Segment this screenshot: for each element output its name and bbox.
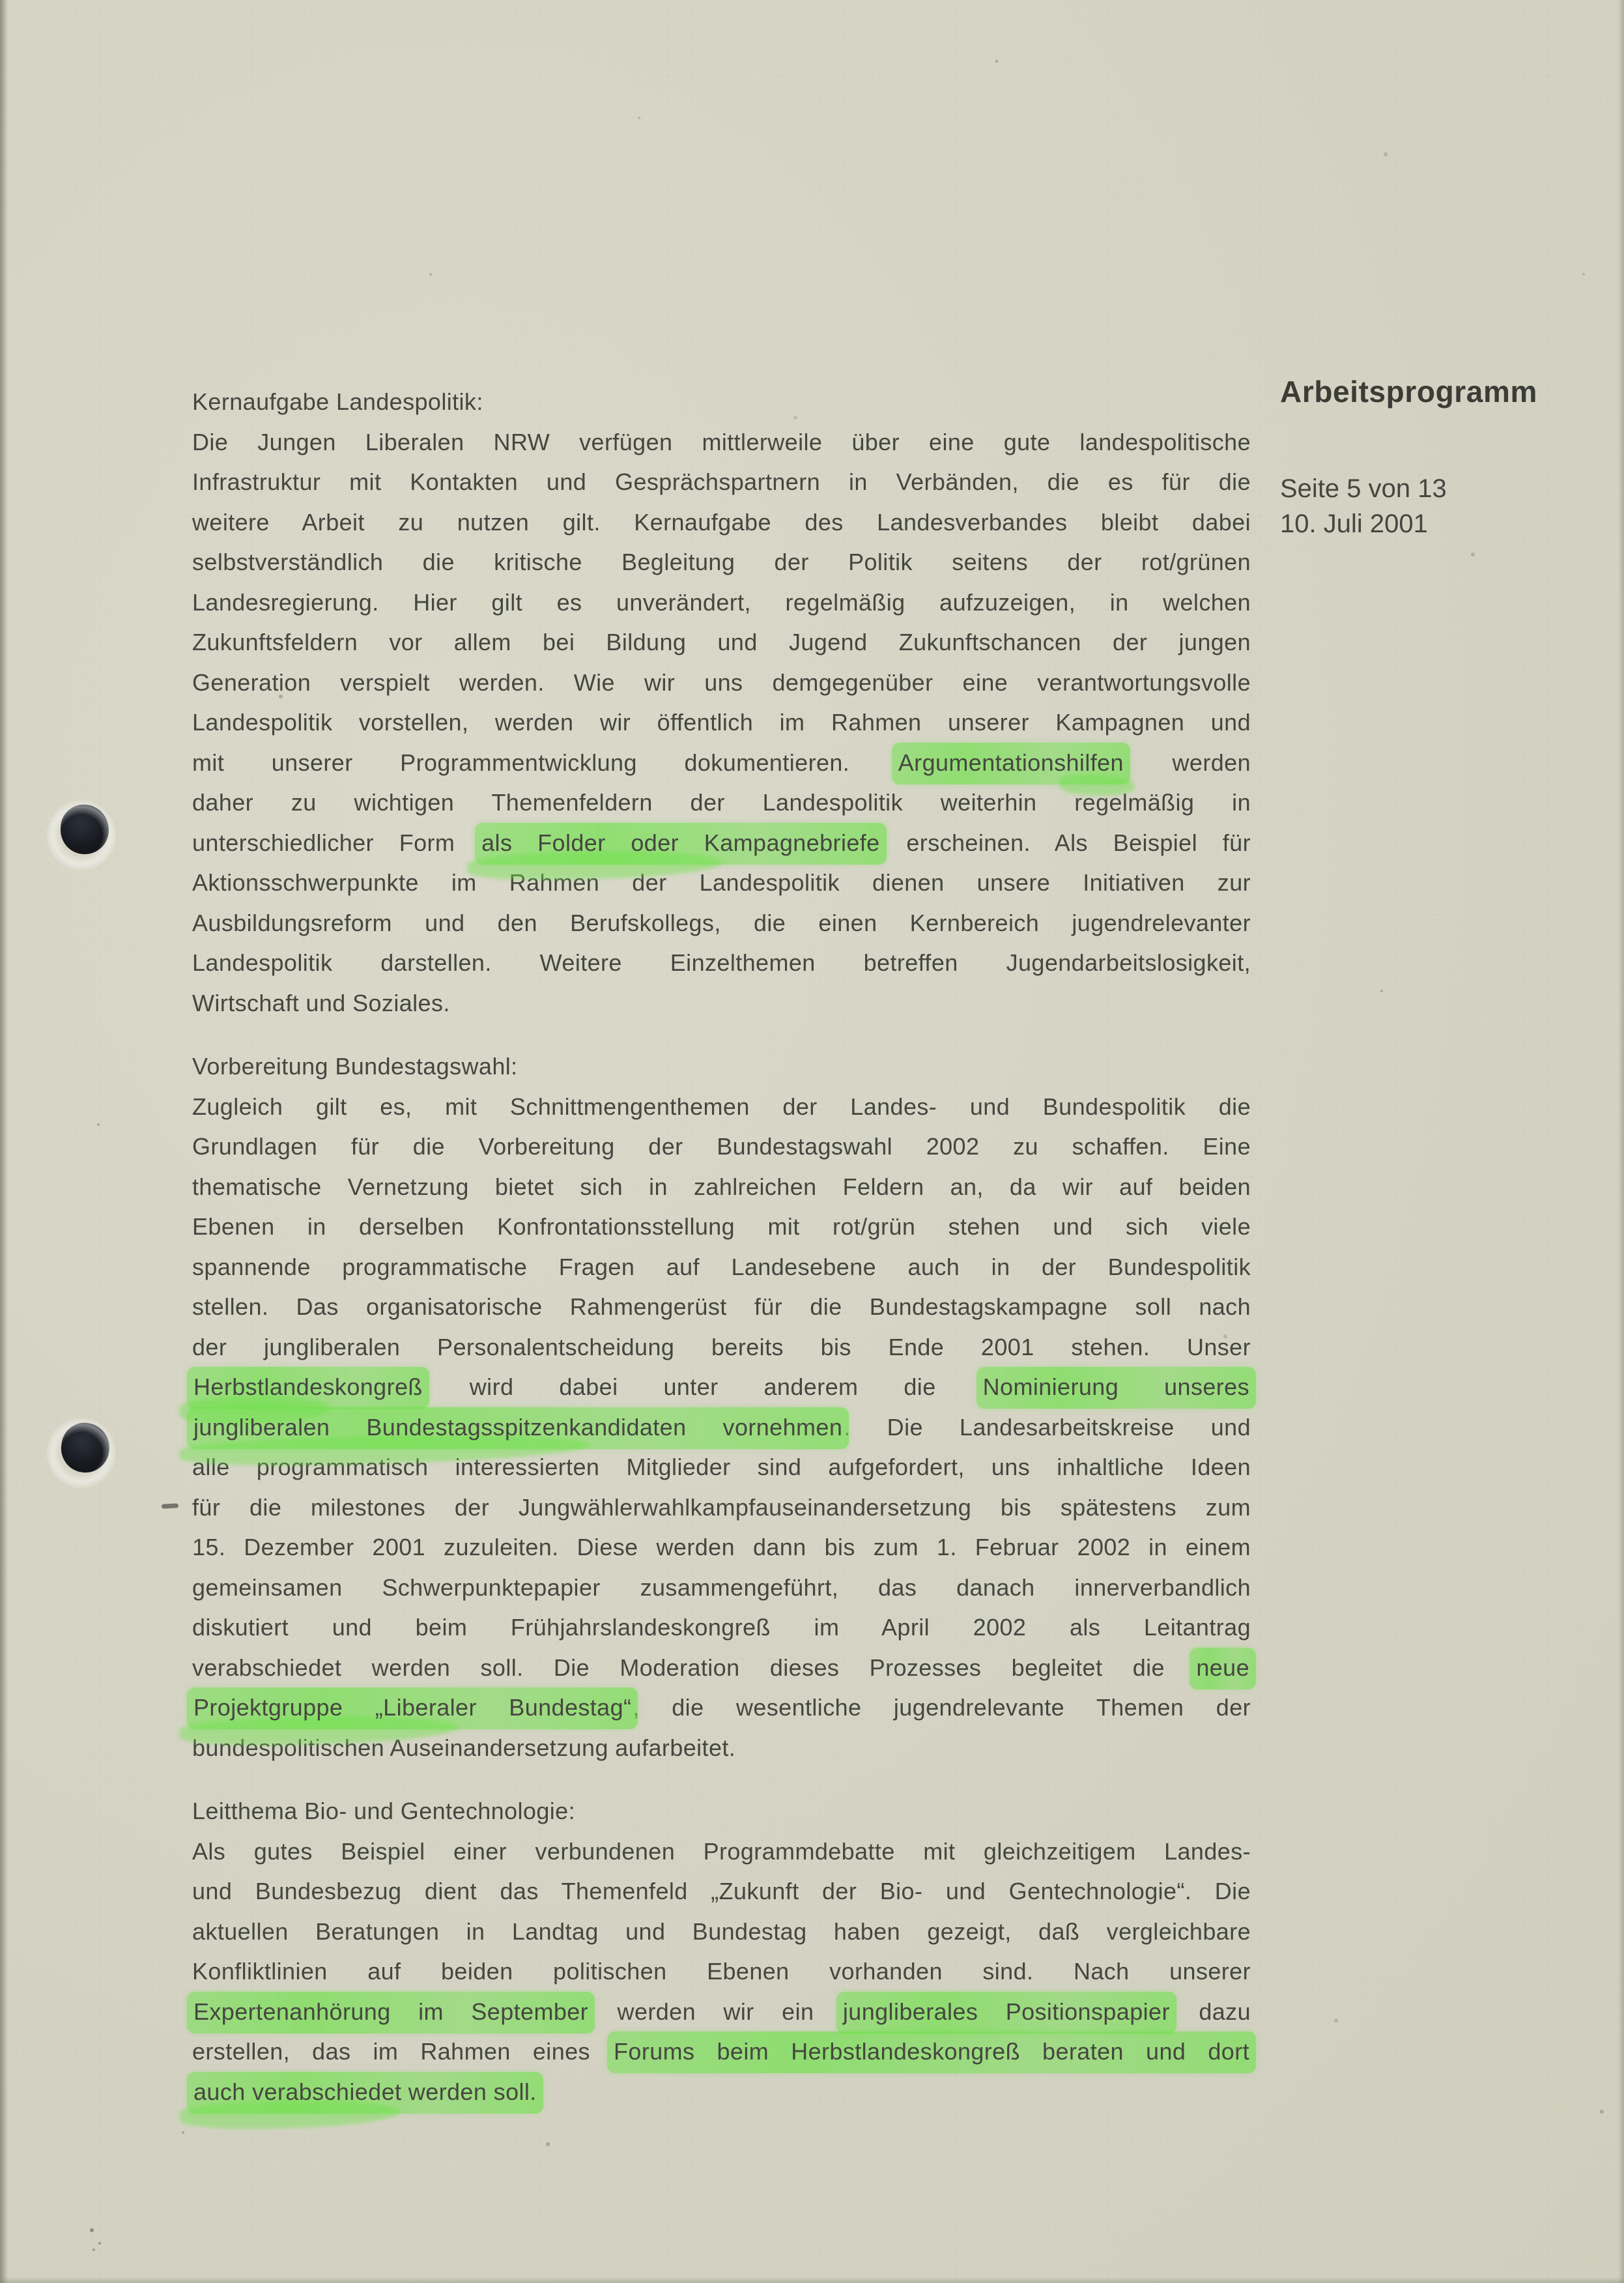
text-line: selbstverständlich die kritische Begleit… [192,542,1251,582]
highlighted-text: als Folder oder Kampagnebriefe [475,823,886,865]
hole-punch-bottom [58,1420,113,1476]
text-segment: erscheinen. Als Beispiel für [881,829,1251,856]
section: Vorbereitung Bundestagswahl:Zugleich gil… [192,1046,1251,1768]
text-line: stellen. Das organisatorische Rahmengerü… [192,1287,1251,1327]
highlighted-text: neue [1190,1648,1256,1689]
text-segment: Als gutes Beispiel einer verbundenen Pro… [192,1838,1251,1865]
text-line: diskutiert und beim Frühjahrslandeskongr… [192,1607,1251,1648]
text-line: für die milestones der Jungwählerwahlkam… [192,1487,1251,1528]
text-line: verabschiedet werden soll. Die Moderatio… [192,1648,1251,1688]
text-line: aktuellen Beratungen in Landtag und Bund… [192,1912,1251,1952]
text-segment: , die wesentliche jugendrelevante Themen… [633,1694,1251,1721]
text-segment: erstellen, das im Rahmen eines [192,2038,612,2065]
text-line: mit unserer Programmentwicklung dokument… [192,743,1251,783]
text-segment: verabschiedet werden soll. Die Moderatio… [192,1654,1195,1681]
section-heading: Kernaufgabe Landespolitik: [192,382,1251,422]
section: Leitthema Bio- und Gentechnologie:Als gu… [192,1791,1251,2112]
highlighted-text: Nominierung unseres [976,1367,1256,1409]
text-line: Konfliktlinien auf beiden politischen Eb… [192,1951,1251,1992]
text-line: thematische Vernetzung bietet sich in za… [192,1167,1251,1207]
highlighted-text: auch verabschiedet werden soll. [187,2072,543,2114]
text-segment: Grundlagen für die Vorbereitung der Bund… [192,1133,1251,1160]
page-edge-right [1618,0,1624,2283]
text-segment: diskutiert und beim Frühjahrslandeskongr… [192,1614,1251,1641]
text-line: Infrastruktur mit Kontakten und Gespräch… [192,462,1251,502]
text-line: Expertenanhörung im September werden wir… [192,1992,1251,2032]
highlighted-text: Projektgruppe „Liberaler Bundestag“ [187,1687,638,1729]
text-segment: Landespolitik vorstellen, werden wir öff… [192,709,1251,736]
text-line: Herbstlandeskongreß wird dabei unter and… [192,1367,1251,1407]
text-line: Landespolitik darstellen. Weitere Einzel… [192,943,1251,983]
text-line: und Bundesbezug dient das Themenfeld „Zu… [192,1871,1251,1912]
text-segment: Ausbildungsreform und den Berufskollegs,… [192,910,1251,936]
text-line: Zukunftsfeldern vor allem bei Bildung un… [192,622,1251,663]
text-line: Projektgruppe „Liberaler Bundestag“, die… [192,1687,1251,1728]
text-segment: gemeinsamen Schwerpunktepapier zusammeng… [192,1574,1251,1601]
page-edge-bottom [0,2277,1624,2283]
section-heading: Leitthema Bio- und Gentechnologie: [192,1791,1251,1831]
text-segment: Landesregierung. Hier gilt es unveränder… [192,589,1251,616]
text-line: spannende programmatische Fragen auf Lan… [192,1247,1251,1287]
highlighted-text: Expertenanhörung im September [187,1992,595,2033]
text-line: Als gutes Beispiel einer verbundenen Pro… [192,1831,1251,1872]
text-segment: Ebenen in derselben Konfrontationsstellu… [192,1213,1251,1240]
text-line: Landespolitik vorstellen, werden wir öff… [192,702,1251,743]
section: Kernaufgabe Landespolitik:Die Jungen Lib… [192,382,1251,1023]
margin-dash [162,1503,178,1508]
text-line: Ausbildungsreform und den Berufskollegs,… [192,903,1251,943]
text-line: Grundlagen für die Vorbereitung der Bund… [192,1127,1251,1167]
text-line: Generation verspielt werden. Wie wir uns… [192,663,1251,703]
text-line: unterschiedlicher Form als Folder oder K… [192,823,1251,863]
text-line: Zugleich gilt es, mit Schnittmengentheme… [192,1087,1251,1127]
text-segment: weitere Arbeit zu nutzen gilt. Kernaufga… [192,509,1251,536]
section-heading: Vorbereitung Bundestagswahl: [192,1046,1251,1087]
highlighted-text: jungliberalen Bundestagsspitzenkandidate… [187,1407,849,1449]
paper-speckles [0,0,1,1]
text-segment: Infrastruktur mit Kontakten und Gespräch… [192,468,1251,495]
text-segment: spannende programmatische Fragen auf Lan… [192,1254,1251,1280]
text-segment: werden wir ein [590,1998,842,2025]
highlighted-text: jungliberales Positionspapier [836,1992,1176,2033]
text-line: jungliberalen Bundestagsspitzenkandidate… [192,1407,1251,1448]
text-segment: 15. Dezember 2001 zuzuleiten. Diese werd… [192,1534,1251,1560]
text-segment: Wirtschaft und Soziales. [192,990,450,1016]
page-edge-left [0,0,8,2283]
text-segment: mit unserer Programmentwicklung dokument… [192,749,897,776]
text-segment: dazu [1171,1998,1251,2025]
text-line: Aktionsschwerpunkte im Rahmen der Landes… [192,863,1251,903]
text-line: gemeinsamen Schwerpunktepapier zusammeng… [192,1568,1251,1608]
text-segment: Zukunftsfeldern vor allem bei Bildung un… [192,629,1251,655]
text-segment: wird dabei unter anderem die [424,1373,982,1400]
margin-header: Arbeitsprogramm Seite 5 von 13 10. Juli … [1280,375,1537,541]
text-segment: . Die Landesarbeitskreise und [844,1414,1251,1441]
text-segment: aktuellen Beratungen in Landtag und Bund… [192,1918,1251,1945]
text-line: weitere Arbeit zu nutzen gilt. Kernaufga… [192,502,1251,543]
document-body: Kernaufgabe Landespolitik:Die Jungen Lib… [192,382,1251,2112]
text-segment: selbstverständlich die kritische Begleit… [192,549,1251,575]
page-number: Seite 5 von 13 [1280,471,1537,506]
text-line: Die Jungen Liberalen NRW verfügen mittle… [192,422,1251,463]
text-segment: Aktionsschwerpunkte im Rahmen der Landes… [192,869,1251,896]
text-line: auch verabschiedet werden soll. [192,2072,1251,2112]
text-segment: stellen. Das organisatorische Rahmengerü… [192,1293,1251,1320]
text-segment: unterschiedlicher Form [192,829,480,856]
text-line: Ebenen in derselben Konfrontationsstellu… [192,1207,1251,1247]
text-line: Wirtschaft und Soziales. [192,983,1251,1024]
text-segment: und Bundesbezug dient das Themenfeld „Zu… [192,1878,1251,1904]
text-segment: Generation verspielt werden. Wie wir uns… [192,669,1251,696]
text-segment: Die Jungen Liberalen NRW verfügen mittle… [192,429,1251,455]
text-segment: Zugleich gilt es, mit Schnittmengentheme… [192,1093,1251,1120]
document-date: 10. Juli 2001 [1280,506,1537,541]
text-line: Landesregierung. Hier gilt es unveränder… [192,582,1251,623]
text-segment: thematische Vernetzung bietet sich in za… [192,1173,1251,1200]
text-line: erstellen, das im Rahmen eines Forums be… [192,2032,1251,2072]
text-segment: für die milestones der Jungwählerwahlkam… [192,1494,1251,1521]
text-segment: der jungliberalen Personalentscheidung b… [192,1334,1251,1360]
highlighted-text: Argumentationshilfen [892,743,1130,784]
highlighted-text: Forums beim Herbstlandeskongreß beraten … [607,2032,1256,2073]
scanned-page: Arbeitsprogramm Seite 5 von 13 10. Juli … [0,0,1624,2283]
text-line: 15. Dezember 2001 zuzuleiten. Diese werd… [192,1527,1251,1568]
text-segment: Konfliktlinien auf beiden politischen Eb… [192,1958,1251,1985]
hole-punch-top [61,805,109,854]
text-segment: Landespolitik darstellen. Weitere Einzel… [192,949,1251,976]
text-line: der jungliberalen Personalentscheidung b… [192,1327,1251,1368]
text-segment: werden [1125,749,1251,776]
highlighted-text: Herbstlandeskongreß [187,1367,429,1409]
document-title: Arbeitsprogramm [1280,375,1537,409]
